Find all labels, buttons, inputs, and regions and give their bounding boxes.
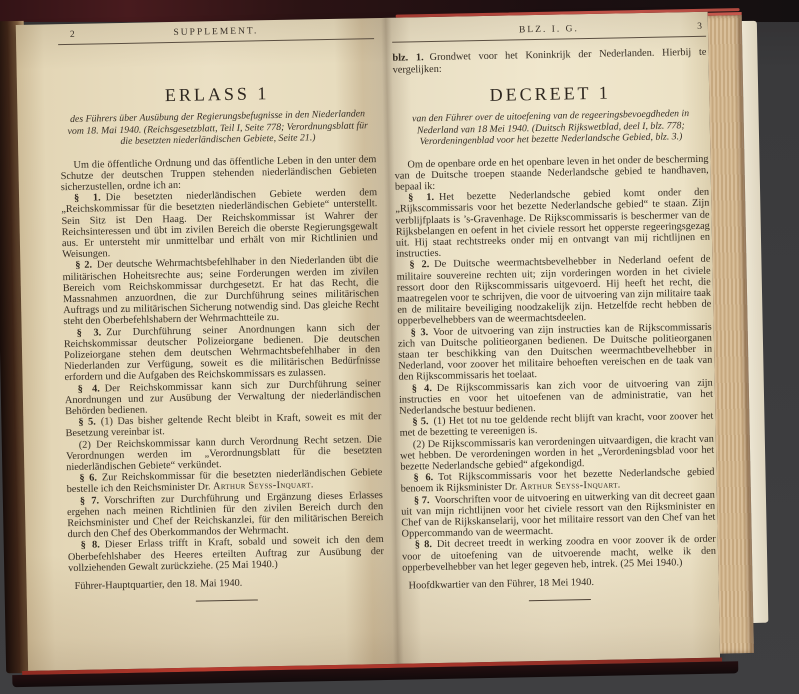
left-dateline: Führer-Hauptquartier, den 18. Mai 1940. bbox=[74, 575, 384, 592]
section-marker: § 2. bbox=[409, 259, 429, 270]
right-dateline: Hoofdkwartier van den Führer, 18 Mei 194… bbox=[408, 575, 716, 592]
paragraph-text: . bbox=[311, 480, 314, 491]
section-marker: § 4. bbox=[78, 383, 100, 394]
section-marker: § 6. bbox=[413, 472, 433, 483]
paragraph: § 1.Die besetzten niederländischen Gebie… bbox=[61, 187, 378, 260]
left-body-text: Um die öffentliche Ordnung und das öffen… bbox=[60, 154, 384, 575]
paragraph-text: De Duitsche weermachtsbevelhebber in Ned… bbox=[397, 254, 712, 327]
section-marker: § 1. bbox=[74, 193, 101, 205]
right-page: BLZ. I. G. 3 blz. 1.Grondwet voor het Ko… bbox=[392, 22, 717, 604]
paragraph-text: Voor de uitvoering van zijn instructies … bbox=[398, 321, 713, 383]
paragraph: § 3.Zur Durchführung seiner Anordnungen … bbox=[64, 322, 381, 384]
paragraph-text: Het bezette Nederlandsche gebied komt on… bbox=[395, 187, 710, 260]
book-photo: 2 SUPPLEMENT. ERLASS 1 des Führers über … bbox=[0, 0, 799, 694]
section-marker: § 3. bbox=[411, 327, 429, 338]
paragraph-text: Der deutsche Wehrmachtsbefehlhaber in de… bbox=[62, 254, 379, 327]
paragraph-text: Dieser Erlass trifft in Kraft, sobald un… bbox=[68, 534, 384, 573]
left-running-title: SUPPLEMENT. bbox=[173, 26, 258, 38]
section-marker: § 5. bbox=[412, 416, 428, 427]
paragraph-text: Die besetzten niederländischen Gebiete w… bbox=[61, 187, 378, 260]
section-marker: § 2. bbox=[75, 260, 92, 271]
section-marker: § 4. bbox=[412, 383, 432, 394]
paragraph: § 1.Het bezette Nederlandsche gebied kom… bbox=[395, 187, 710, 260]
section-marker: § 1. bbox=[408, 192, 434, 203]
section-marker: § 8. bbox=[81, 540, 100, 551]
paragraph-text: Vorschriften zur Durchführung und Ergänz… bbox=[67, 490, 383, 541]
section-marker: § 5. bbox=[78, 417, 96, 428]
paragraph: § 7.Vorschriften zur Durchführung und Er… bbox=[67, 490, 384, 541]
left-page-number: 2 bbox=[70, 30, 75, 40]
left-document-title: ERLASS 1 bbox=[59, 81, 375, 108]
section-marker: § 7. bbox=[414, 495, 430, 506]
right-document-title: DECREET 1 bbox=[393, 81, 707, 108]
section-marker: § 3. bbox=[77, 327, 102, 338]
right-document-subtitle: van den Führer over de uitoefening van d… bbox=[396, 108, 707, 148]
paragraph: § 8.Dit decreet treedt in werking zoodra… bbox=[402, 534, 717, 574]
section-marker: § 7. bbox=[80, 495, 99, 506]
paragraph: § 2.Der deutsche Wehrmachtsbefehlhaber i… bbox=[62, 254, 379, 327]
paragraph-text: . bbox=[618, 480, 621, 491]
lead-note: blz. 1.Grondwet voor het Koninkrijk der … bbox=[392, 47, 706, 77]
paragraph-text: Zur Durchführung seiner Anordnungen kann… bbox=[64, 322, 381, 384]
right-body-text: Om de openbare orde en het openbare leve… bbox=[394, 153, 716, 573]
right-page-number: 3 bbox=[697, 22, 702, 32]
paragraph: § 3.Voor de uitvoering van zijn instruct… bbox=[398, 321, 713, 383]
right-running-title: BLZ. I. G. bbox=[519, 24, 579, 35]
lead-marker: blz. 1. bbox=[392, 52, 423, 64]
section-marker: § 6. bbox=[79, 473, 97, 484]
left-document-subtitle: des Führers über Ausübung der Regierungs… bbox=[61, 108, 374, 148]
paragraph: § 2.De Duitsche weermachtsbevelhebber in… bbox=[396, 254, 711, 327]
lead-text: Grondwet voor het Koninkrijk der Nederla… bbox=[393, 47, 707, 76]
paragraph-text: Dit decreet treedt in werking zoodra en … bbox=[402, 534, 716, 573]
paragraph: § 7.Voorschriften voor de uitvoering en … bbox=[401, 489, 716, 540]
section-marker: § 8. bbox=[415, 540, 432, 551]
left-page: 2 SUPPLEMENT. ERLASS 1 des Führers über … bbox=[58, 24, 385, 604]
open-book: 2 SUPPLEMENT. ERLASS 1 des Führers über … bbox=[0, 5, 770, 690]
paragraph: § 8.Dieser Erlass trifft in Kraft, sobal… bbox=[68, 534, 385, 574]
paragraph-text: Voorschriften voor de uitvoering en uitw… bbox=[401, 489, 715, 540]
